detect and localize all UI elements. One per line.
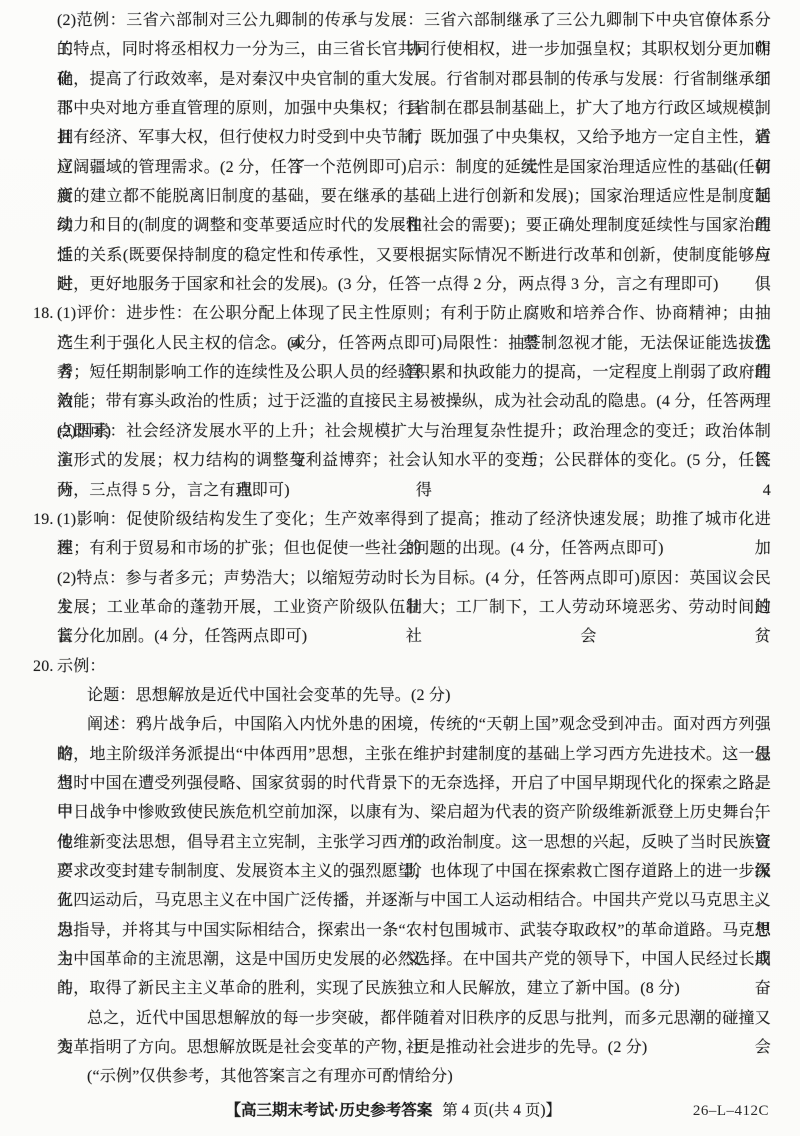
line-text: 论题：思想解放是近代中国社会变革的先导。(2 分) [87,687,451,704]
text-line: 为指导，并将其与中国实际相结合，探索出一条“农村包围城市、武装夺取政权”的革命道… [57,916,771,945]
text-line: 五四运动后，马克思主义在中国广泛传播，并逐渐与中国工人运动相结合。中国共产党以马… [57,886,771,915]
text-line: (2)因素：社会经济发展水平的上升；社会规模扩大与治理复杂性提升；政治理念的变迁… [57,417,771,446]
text-line: 略，地主阶级洋务派提出“中体西用”思想，主张在维护封建制度的基础上学习西方先进技… [57,740,771,769]
text-line: 下中央对地方垂直管理的原则，加强中央集权；行省制在郡县制基础上，扩大了地方行政区… [57,94,771,123]
line-text: 进，更好地服务于国家和社会的发展)。(3 分，任答一点得 2 分，两点得 3 分… [57,276,719,293]
text-line: 产生利于强化人民主权的信念。(4 分，任答两点即可)局限性：抽签制忽视才能，无法… [57,329,771,358]
footer-exam-title: 【高三期末考试·历史参考答案 [226,1102,433,1119]
footer-page-number: 第 4 页(共 4 页)】 [442,1102,561,1119]
line-text: (“示例”仅供参考，其他答案言之有理亦可酌情给分) [87,1068,453,1085]
text-line: 进，更好地服务于国家和社会的发展)。(3 分，任答一点得 2 分，两点得 3 分… [57,270,771,299]
text-line: 当时中国在遭受列强侵略、国家贫弱的时代背景下的无奈选择，开启了中国早期现代化的探… [57,769,771,798]
text-line: 斗，取得了新民主主义革命的胜利，实现了民族独立和人民解放，建立了新中国。(8 分… [57,974,771,1003]
text-line: (2)特点：参与者多元；声势浩大；以缩短劳动时长为目标。(4 分，任答两点即可)… [57,564,771,593]
paper-code: 26–L–412C [693,1098,769,1124]
footer-caption: 【高三期末考试·历史参考答案第 4 页(共 4 页)】 [226,1098,562,1124]
text-line: 富分化加剧。(4 分，任答两点即可) [57,622,771,651]
text-line: 阐述：鸦片战争后，中国陷入内忧外患的困境，传统的“天朝上国”观念受到冲击。面对西… [57,710,771,739]
text-line: 要求改变封建专制制度、发展资本主义的强烈愿望，也体现了中国在探索救亡图存道路上的… [57,857,771,886]
exam-answer-sheet-page: (2)范例：三省六部制对三公九卿制的传承与发展：三省六部制继承了三公九卿制下中央… [0,0,800,1136]
text-line: 主形式的发展；权力结构的调整与利益博弈；社会认知水平的变迁；公民群体的变化。(5… [57,446,771,475]
text-line: 分，三点得 5 分，言之有理即可) [57,476,771,505]
item-number: 19. [33,505,54,534]
text-line: 化，提高了行政效率，是对秦汉中央官制的重大发展。行省制对郡县制的传承与发展：行省… [57,65,771,94]
answer-lines: (2)范例：三省六部制对三公九卿制的传承与发展：三省六部制继承了三公九卿制下中央… [0,6,800,1092]
text-line: 传维新变法思想，倡导君主立宪制，主张学习西方的政治制度。这一思想的兴起，反映了当… [57,828,771,857]
text-line: 发展；工业革命的蓬勃开展，工业资产阶级队伍壮大；工厂制下，工人劳动环境恶劣、劳动… [57,593,771,622]
item-number: 20. [33,652,54,681]
text-line: 动力和目的(制度的调整和变革要适应时代的发展和社会的需要)；要正确处理制度延续性… [57,211,771,240]
line-text: 分，三点得 5 分，言之有理即可) [57,482,290,499]
line-text: 示例： [57,658,106,675]
line-text: 速；有利于贸易和市场的扩张；但也促使一些社会问题的出现。(4 分，任答两点即可) [57,540,664,557]
text-line: 速；有利于贸易和市场的扩张；但也促使一些社会问题的出现。(4 分，任答两点即可) [57,534,771,563]
text-line: 度的建立都不能脱离旧制度的基础，要在继承的基础上进行创新和发展)；国家治理适应性… [57,182,771,211]
text-line: 总之，近代中国思想解放的每一步突破，都伴随着对旧秩序的反思与批判，而多元思潮的碰… [57,1004,771,1033]
text-line: 中日战争中惨败致使民族危机空前加深，以康有为、梁启超为代表的资产阶级维新派登上历… [57,798,771,827]
line-text: 富分化加剧。(4 分，任答两点即可) [57,628,307,645]
text-line: 论题：思想解放是近代中国社会变革的先导。(2 分) [57,681,771,710]
text-line: 变革指明了方向。思想解放既是社会变革的产物，更是推动社会进步的先导。(2 分) [57,1033,771,1062]
text-line: 辽阔疆域的管理需求。(2 分，任答一个范例即可)启示：制度的延续性是国家治理适应… [57,153,771,182]
text-line: 的特点，同时将丞相权力一分为三，由三省长官共同行使相权，进一步加强皇权；其职权划… [57,35,771,64]
text-line: 为中国革命的主流思潮，这是中国历史发展的必然选择。在中国共产党的领导下，中国人民… [57,945,771,974]
text-line: 效能；带有寡头政治的性质；过于泛滥的直接民主易被操纵，成为社会动乱的隐患。(4 … [57,387,771,416]
text-line: (“示例”仅供参考，其他答案言之有理亦可酌情给分) [57,1062,771,1091]
text-line: 性的关系(既要保持制度的稳定性和传承性，又要根据实际情况不断进行改革和创新，使制… [57,241,771,270]
text-line: 者；短任期制影响工作的连续性及公职人员的经验积累和执政能力的提高，一定程度上削弱… [57,358,771,387]
text-line: 拥有经济、军事大权，但行使权力时受到中央节制，既加强了中央集权，又给予地方一定自… [57,123,771,152]
text-line: 19.(1)影响：促使阶级结构发生了变化；生产效率得到了提高；推动了经济快速发展… [57,505,771,534]
text-line: 20.示例： [57,652,771,681]
text-line: (2)范例：三省六部制对三公九卿制的传承与发展：三省六部制继承了三公九卿制下中央… [57,6,771,35]
item-number: 18. [33,299,54,328]
line-text: 变革指明了方向。思想解放既是社会变革的产物，更是推动社会进步的先导。(2 分) [57,1039,647,1056]
line-text: 斗，取得了新民主主义革命的胜利，实现了民族独立和人民解放，建立了新中国。(8 分… [57,980,680,997]
page-footer: 【高三期末考试·历史参考答案第 4 页(共 4 页)】 26–L–412C [0,1098,800,1124]
text-line: 18.(1)评价：进步性：在公职分配上体现了民主性原则；有利于防止腐败和培养合作… [57,299,771,328]
